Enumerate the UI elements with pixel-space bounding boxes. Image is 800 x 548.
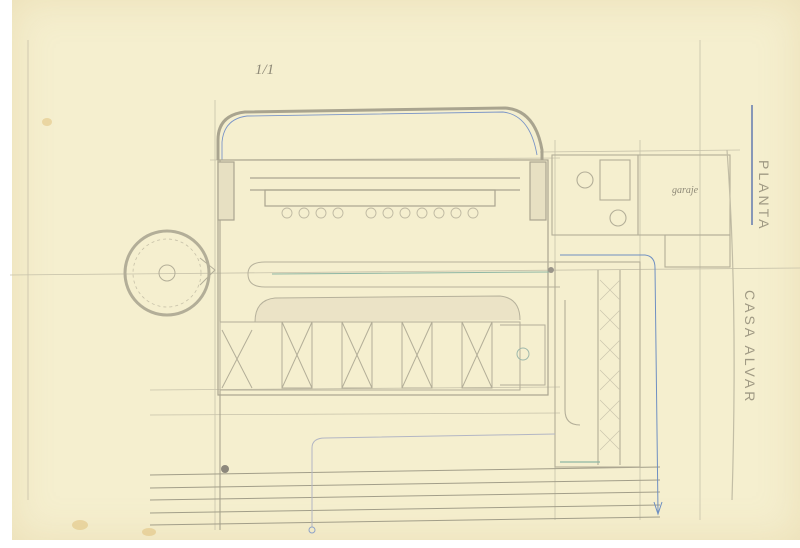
main-hall-walls [218, 160, 548, 395]
east-wing-walls [552, 155, 730, 467]
hatched-terrace [255, 296, 520, 322]
corridor-outline [248, 262, 560, 287]
plan-title-rotated: PLANTA [756, 160, 772, 231]
blue-circulation-line [222, 112, 537, 160]
corridor-hatch [600, 280, 620, 450]
room-note-label: garaje [672, 185, 698, 196]
spiral-stair [500, 325, 545, 385]
table-chairs [282, 208, 478, 218]
margin-sketch-line [727, 150, 734, 500]
plan-subtitle-rotated: CASA ALVAR [742, 290, 758, 404]
endpoint-marker [309, 527, 315, 533]
survey-point-dot [221, 465, 229, 473]
blue-route-line [560, 255, 658, 512]
path-line [312, 434, 555, 527]
bedroom-bays [220, 322, 520, 390]
column-dot [548, 267, 554, 273]
floor-plan-drawing [0, 0, 800, 548]
sheet-number: 1/1 [255, 62, 274, 79]
